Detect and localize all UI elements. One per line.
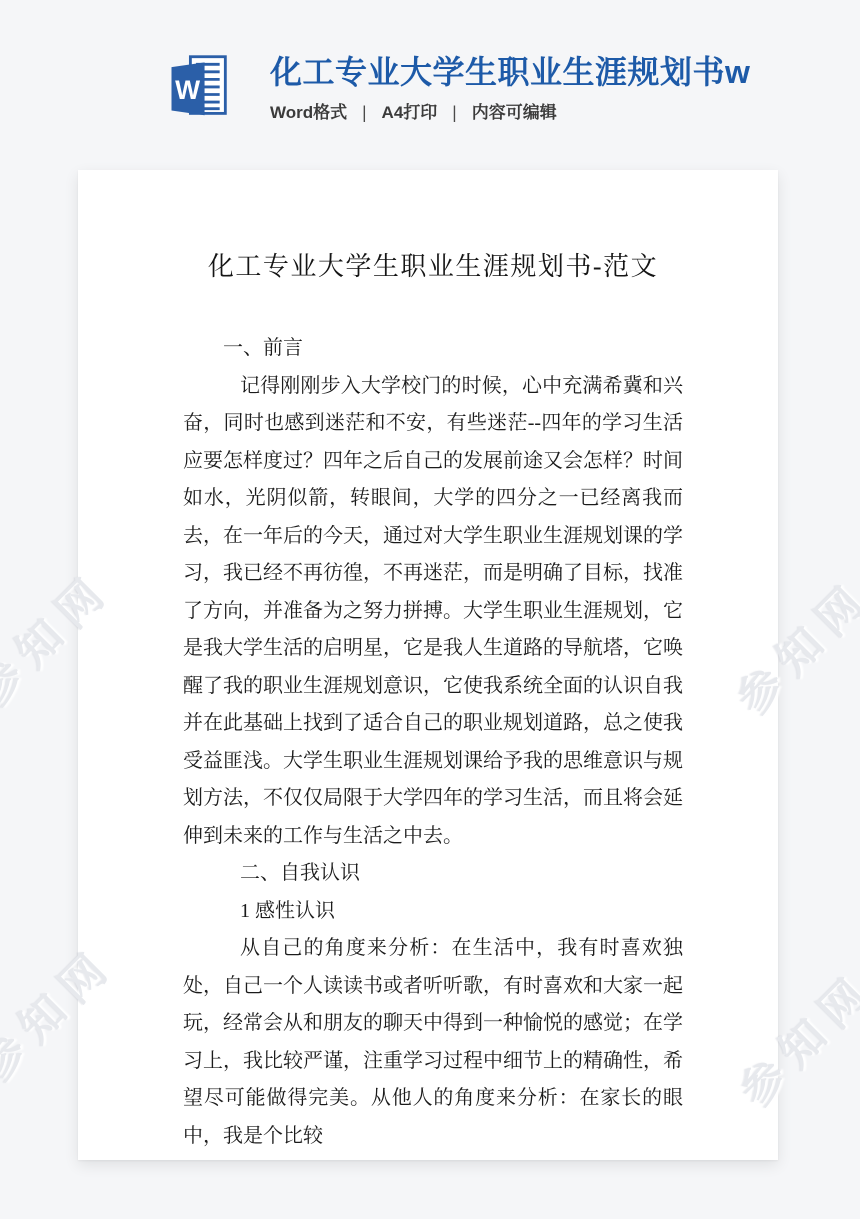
doc-heading: 一、前言 [183,330,683,368]
document-page: 化工专业大学生职业生涯规划书-范文 一、前言记得刚刚步入大学校门的时候，心中充满… [78,170,778,1160]
format-editable: 内容可编辑 [472,101,557,125]
doc-heading: 二、自我认识 [183,855,683,893]
document-header: W 化工专业大学生职业生涯规划书w Word格式 | A4打印 | 内容可编辑 [163,52,750,125]
doc-body: 一、前言记得刚刚步入大学校门的时候，心中充满希冀和兴奋，同时也感到迷茫和不安，有… [183,330,683,1155]
doc-title: 化工专业大学生职业生涯规划书-范文 [183,248,683,286]
separator-pipe: | [362,100,366,125]
format-word: Word格式 [270,101,347,125]
header-text: 化工专业大学生职业生涯规划书w Word格式 | A4打印 | 内容可编辑 [270,52,750,125]
word-icon-graphic: W [163,52,231,120]
doc-heading: 1 感性认识 [183,893,683,931]
doc-paragraph: 从自己的角度来分析：在生活中，我有时喜欢独处，自己一个人读读书或者听听歌，有时喜… [183,930,683,1155]
word-file-icon: W [163,52,231,120]
document-format-info: Word格式 | A4打印 | 内容可编辑 [270,101,750,125]
doc-paragraph: 记得刚刚步入大学校门的时候，心中充满希冀和兴奋，同时也感到迷茫和不安，有些迷茫-… [183,368,683,856]
separator-pipe: | [452,100,456,125]
page-title-link[interactable]: 化工专业大学生职业生涯规划书w [270,52,750,92]
word-icon-letter: W [175,75,200,105]
format-a4: A4打印 [382,101,438,125]
